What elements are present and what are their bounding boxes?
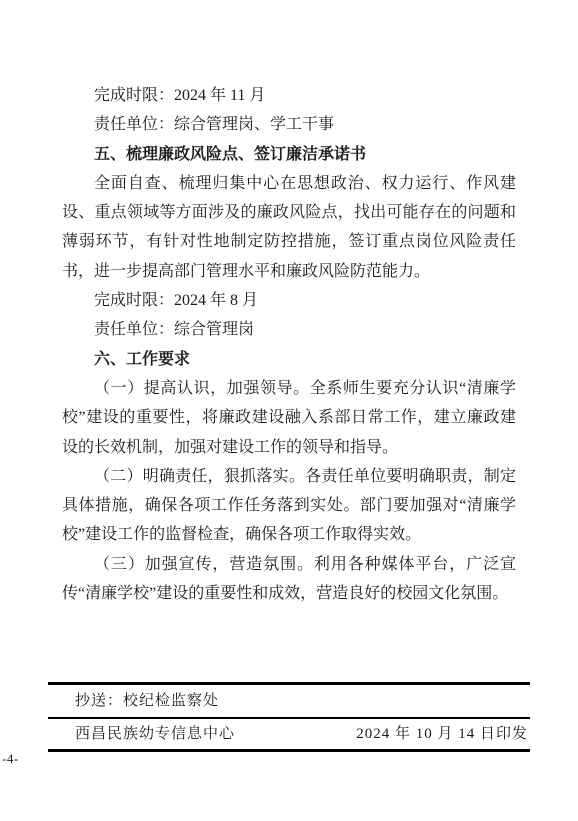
work-requirement-item-3: （三）加强宣传，营造氛围。利用各种媒体平台，广泛宣传“清廉学校”建设的重要性和成… — [62, 550, 516, 609]
work-requirement-item-1: （一）提高认识，加强领导。全系师生要充分认识“清廉学校”建设的重要性，将廉政建设… — [62, 374, 516, 462]
deadline-line: 完成时限：2024 年 8 月 — [62, 286, 516, 315]
document-body: 完成时限：2024 年 11 月 责任单位：综合管理岗、学工干事 五、梳理廉政风… — [62, 81, 516, 608]
responsible-unit-line: 责任单位：综合管理岗、学工干事 — [62, 110, 516, 139]
section-5-paragraph: 全面自查、梳理归集中心在思想政治、权力运行、作风建设、重点领域等方面涉及的廉政风… — [62, 169, 516, 286]
responsible-unit-line: 责任单位：综合管理岗 — [62, 315, 516, 344]
document-page: 完成时限：2024 年 11 月 责任单位：综合管理岗、学工干事 五、梳理廉政风… — [0, 0, 578, 821]
cc-line: 抄送：校纪检监察处 — [48, 685, 530, 717]
footer-bottom-rule — [48, 749, 530, 752]
issuer-name: 西昌民族幼专信息中心 — [75, 719, 235, 749]
page-number: -4- — [2, 751, 19, 767]
document-footer: 抄送：校纪检监察处 西昌民族幼专信息中心 2024 年 10 月 14 日印发 — [48, 682, 530, 752]
deadline-line: 完成时限：2024 年 11 月 — [62, 81, 516, 110]
issuer-row: 西昌民族幼专信息中心 2024 年 10 月 14 日印发 — [48, 719, 530, 749]
section-5-heading: 五、梳理廉政风险点、签订廉洁承诺书 — [62, 140, 516, 169]
print-date: 2024 年 10 月 14 日印发 — [356, 719, 528, 749]
section-6-heading: 六、工作要求 — [62, 345, 516, 374]
work-requirement-item-2: （二）明确责任，狠抓落实。各责任单位要明确职责，制定具体措施，确保各项工作任务落… — [62, 462, 516, 550]
